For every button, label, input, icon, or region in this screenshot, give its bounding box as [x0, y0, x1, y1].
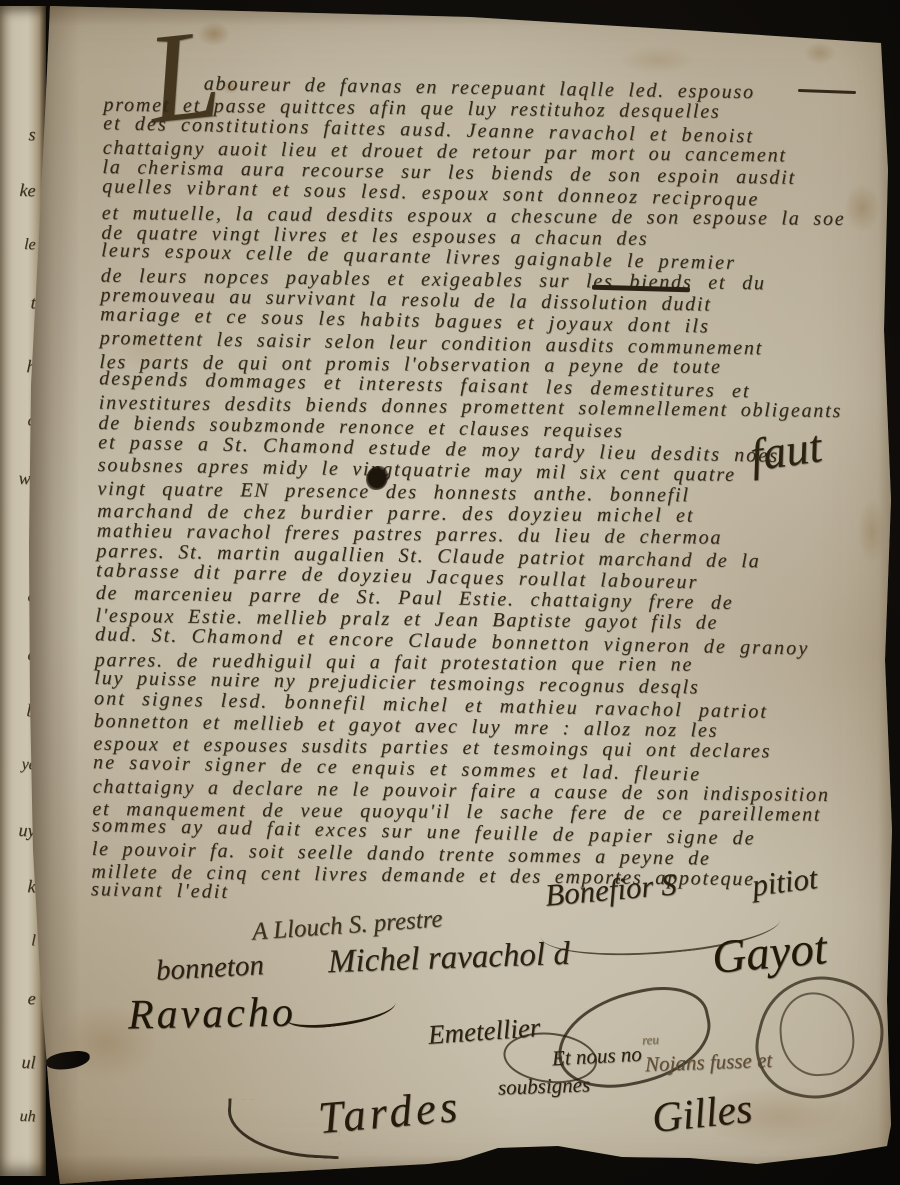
manuscript-page: L aboureur de favnas en recepuant laqlle…	[0, 0, 900, 1185]
note-soubsignes: soubsignes	[498, 1072, 591, 1100]
note-et-nous: Et nous no	[551, 1042, 642, 1072]
adjacent-page-text-fragment: e	[0, 987, 47, 1053]
age-stain	[804, 42, 836, 64]
signature-gayot: Gayot	[710, 921, 829, 985]
archival-photo: skelethdwllaebyeuykleuluh L aboureur de …	[0, 0, 900, 1185]
signature-michel-ravachol: Michel ravachol d	[327, 936, 570, 981]
signature-ravachol: Ravacho	[128, 989, 297, 1040]
signature-tardes-notary: Tardes	[316, 1080, 463, 1144]
manuscript-body-text: aboureur de favnas en recepuant laqlle l…	[91, 72, 888, 915]
note-nojans: Nojans fusse et	[645, 1048, 773, 1077]
adjacent-page-text-fragment: s	[0, 123, 47, 181]
adjacent-page-text-fragment: ul	[0, 1051, 47, 1109]
adjacent-page-text-fragment: uh	[0, 1107, 47, 1165]
marginal-note-reu: reu	[642, 1032, 660, 1049]
flourish-word-faut: faut	[747, 419, 825, 481]
age-stain	[620, 46, 695, 74]
signature-bonneton: bonneton	[155, 949, 265, 988]
